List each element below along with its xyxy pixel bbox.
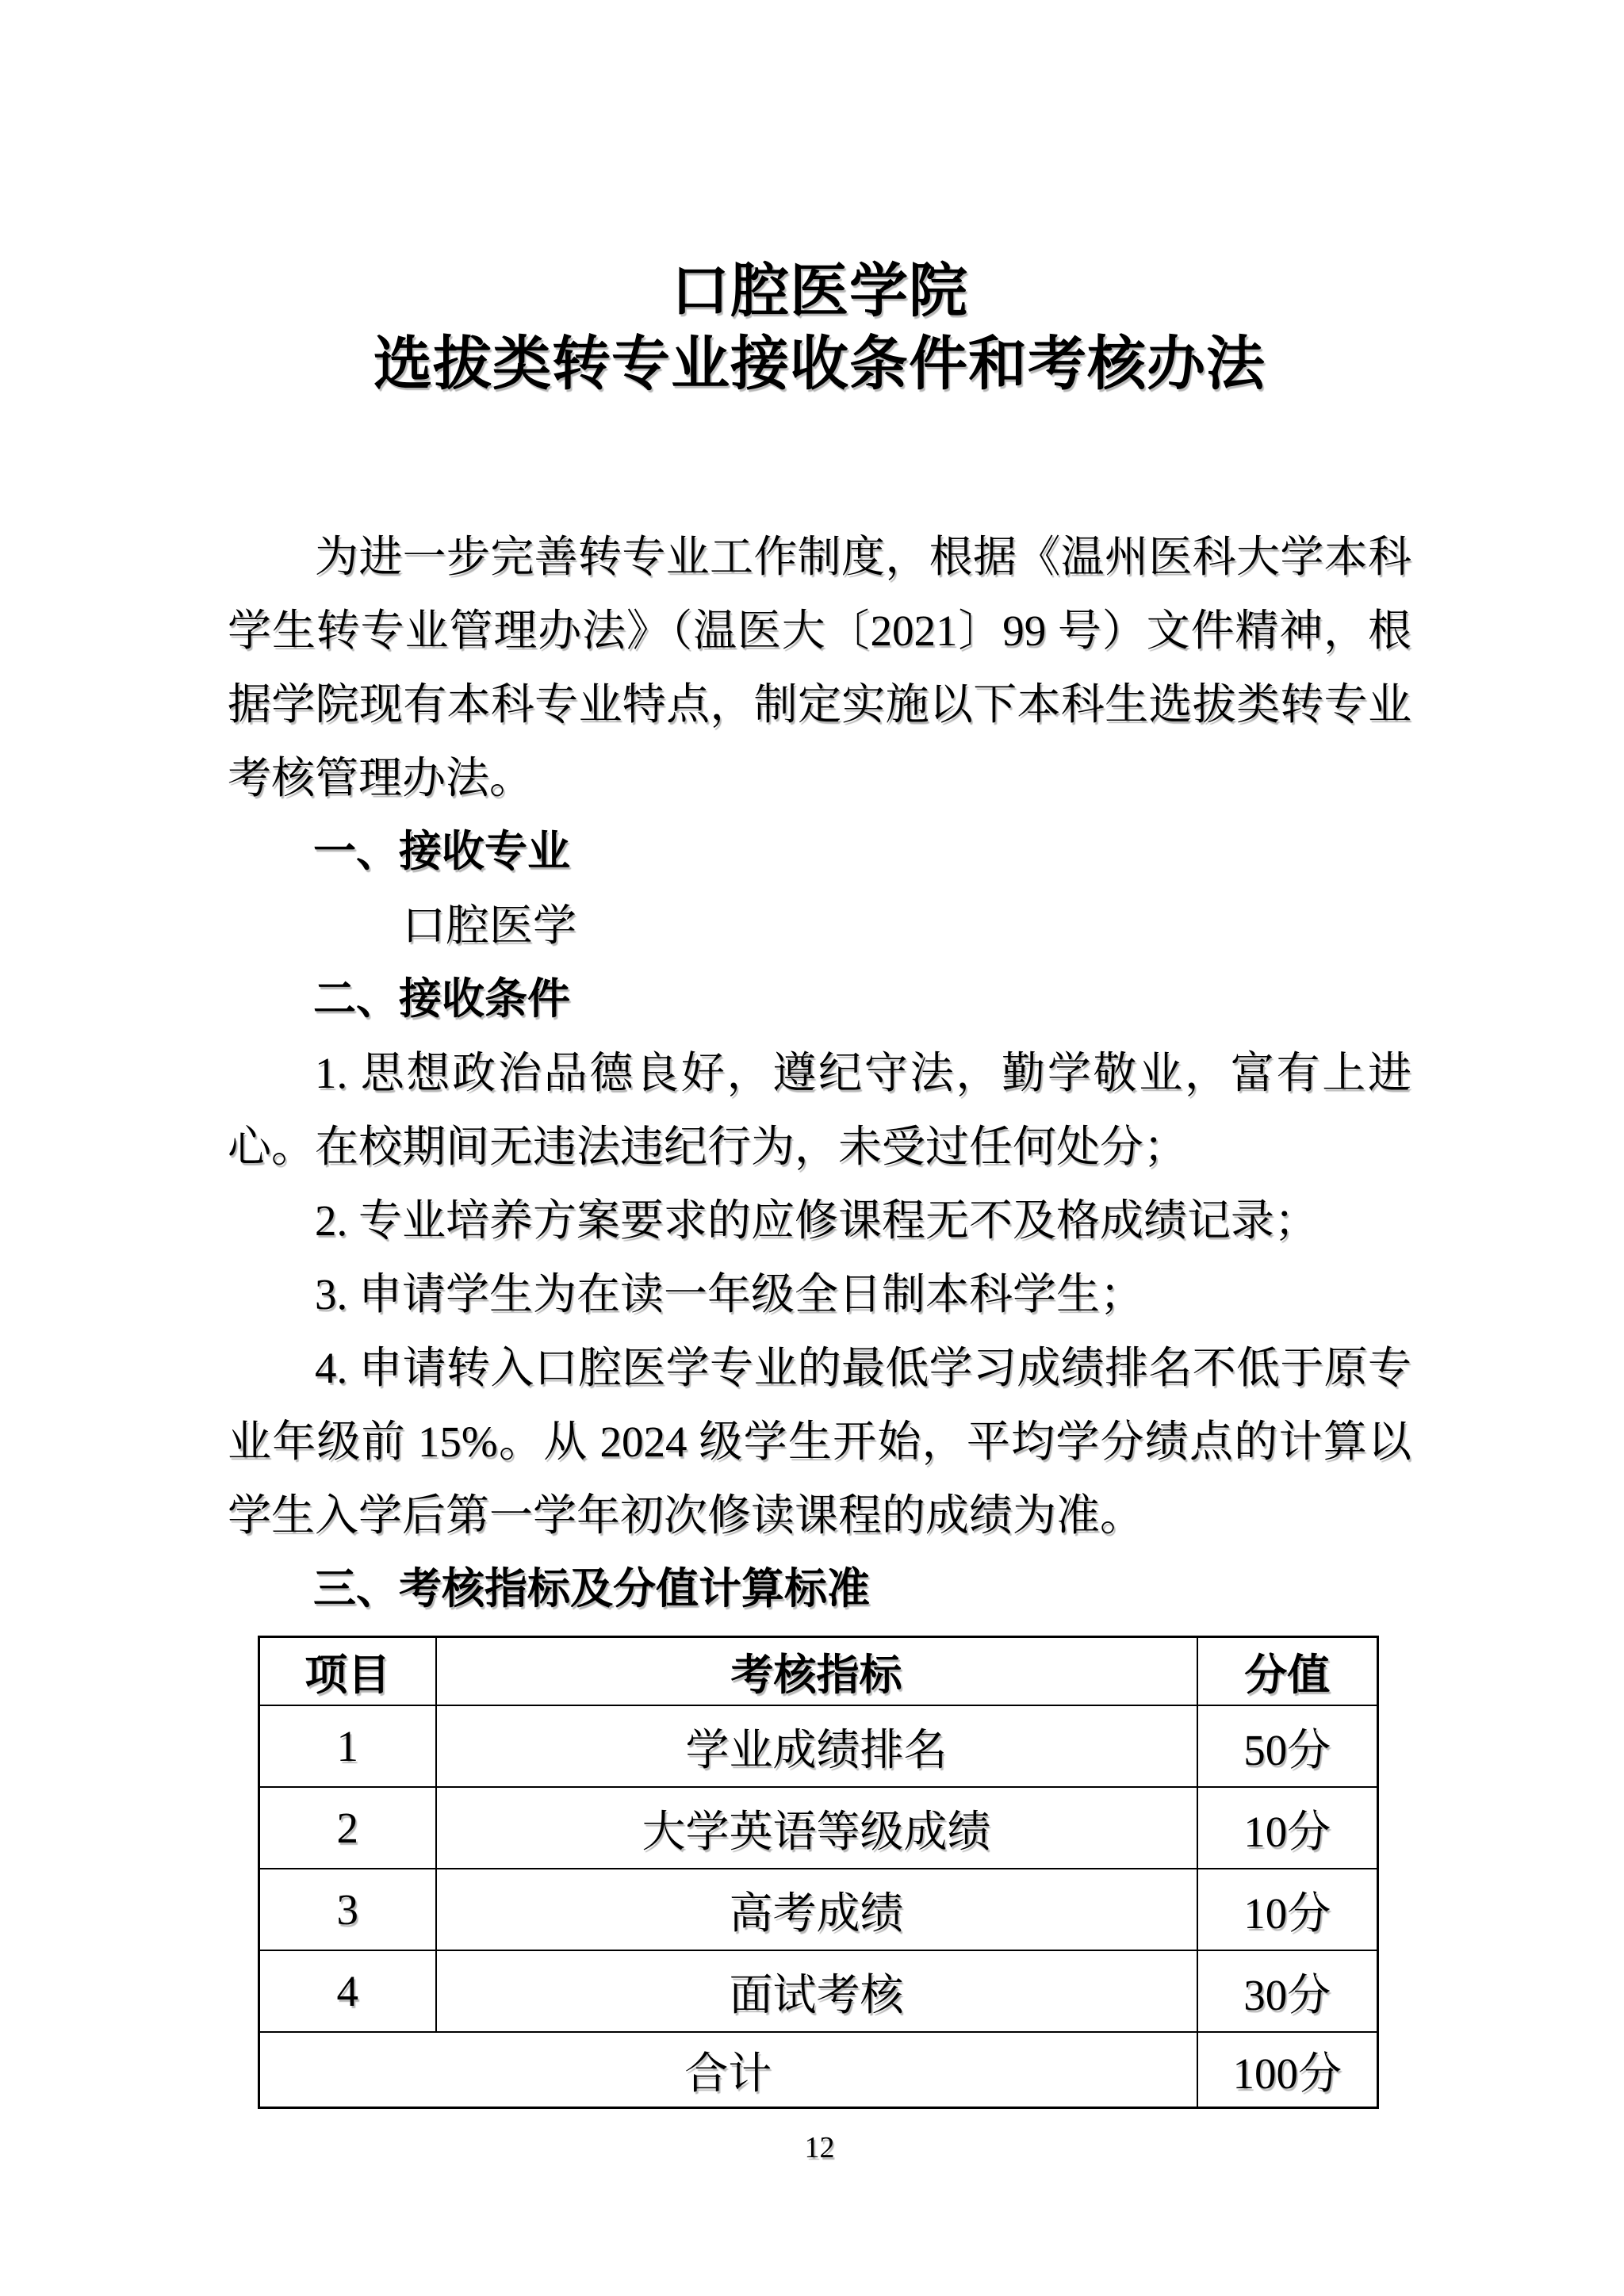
header-score: 分值 — [1197, 1637, 1378, 1706]
total-label: 合计 — [259, 2032, 1197, 2108]
row-indicator: 学业成绩排名 — [436, 1705, 1197, 1787]
row-indicator: 面试考核 — [436, 1950, 1197, 2032]
intro-paragraph: 为进一步完善转专业工作制度，根据《温州医科大学本科学生转专业管理办法》（温医大〔… — [228, 520, 1411, 815]
page-number: 12 — [228, 2130, 1411, 2166]
header-item: 项目 — [259, 1637, 436, 1706]
section-1-heading: 一、接收专业 — [228, 815, 1411, 889]
document-page: 口腔医学院 选拔类转专业接收条件和考核办法 为进一步完善转专业工作制度，根据《温… — [0, 0, 1624, 2296]
table-total-row: 合计 100分 — [259, 2032, 1378, 2108]
table-header-row: 项目 考核指标 分值 — [259, 1637, 1378, 1706]
row-score: 10分 — [1197, 1869, 1378, 1950]
total-score: 100分 — [1197, 2032, 1378, 2108]
row-indicator: 大学英语等级成绩 — [436, 1787, 1197, 1869]
row-score: 10分 — [1197, 1787, 1378, 1869]
table-row: 1 学业成绩排名 50分 — [259, 1705, 1378, 1787]
table-row: 2 大学英语等级成绩 10分 — [259, 1787, 1378, 1869]
accepted-major: 口腔医学 — [228, 889, 1411, 962]
row-indicator: 高考成绩 — [436, 1869, 1197, 1950]
table-row: 3 高考成绩 10分 — [259, 1869, 1378, 1950]
condition-item-4: 4. 申请转入口腔医学专业的最低学习成绩排名不低于原专业年级前 15%。从 20… — [228, 1331, 1411, 1552]
header-indicator: 考核指标 — [436, 1637, 1197, 1706]
title-line-2: 选拔类转专业接收条件和考核办法 — [228, 328, 1411, 401]
row-number: 2 — [259, 1787, 436, 1869]
document-title: 口腔医学院 选拔类转专业接收条件和考核办法 — [228, 255, 1411, 401]
table-row: 4 面试考核 30分 — [259, 1950, 1378, 2032]
score-table: 项目 考核指标 分值 1 学业成绩排名 50分 2 大学英语等级成绩 10分 3… — [258, 1636, 1379, 2109]
document-content: 口腔医学院 选拔类转专业接收条件和考核办法 为进一步完善转专业工作制度，根据《温… — [228, 0, 1411, 2166]
row-number: 4 — [259, 1950, 436, 2032]
condition-item-1: 1. 思想政治品德良好，遵纪守法，勤学敬业，富有上进心。在校期间无违法违纪行为，… — [228, 1036, 1411, 1184]
section-3-heading: 三、考核指标及分值计算标准 — [228, 1552, 1411, 1626]
row-number: 1 — [259, 1705, 436, 1787]
title-line-1: 口腔医学院 — [228, 255, 1411, 328]
row-score: 50分 — [1197, 1705, 1378, 1787]
condition-item-3: 3. 申请学生为在读一年级全日制本科学生； — [228, 1257, 1411, 1331]
row-score: 30分 — [1197, 1950, 1378, 2032]
condition-item-2: 2. 专业培养方案要求的应修课程无不及格成绩记录； — [228, 1184, 1411, 1257]
row-number: 3 — [259, 1869, 436, 1950]
section-2-heading: 二、接收条件 — [228, 962, 1411, 1036]
